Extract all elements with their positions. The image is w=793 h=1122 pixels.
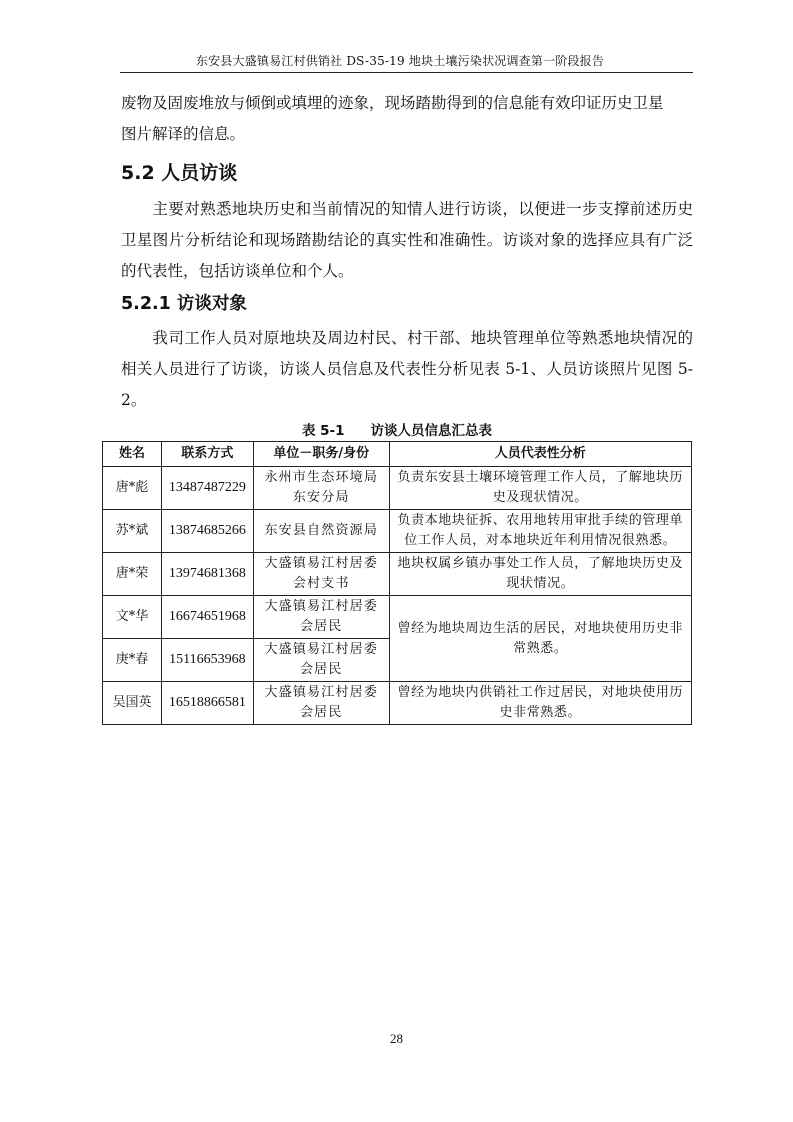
column-header-analysis: 人员代表性分析 xyxy=(389,442,691,467)
cell-unit: 大盛镇易江村居委会居民 xyxy=(253,682,389,725)
cell-unit: 大盛镇易江村居委会居民 xyxy=(253,596,389,639)
table-header-row: 姓名 联系方式 单位－职务/身份 人员代表性分析 xyxy=(103,442,692,467)
cell-unit: 大盛镇易江村居委会村支书 xyxy=(253,553,389,596)
cell-analysis: 负责本地块征拆、农用地转用审批手续的管理单位工作人员，对本地块近年利用情况很熟悉… xyxy=(389,510,691,553)
cell-phone: 15116653968 xyxy=(161,639,253,682)
section-heading-5-2-1: 5.2.1 访谈对象 xyxy=(121,290,247,315)
cell-unit: 大盛镇易江村居委会居民 xyxy=(253,639,389,682)
cell-phone: 13874685266 xyxy=(161,510,253,553)
table-caption-title: 访谈人员信息汇总表 xyxy=(371,423,493,439)
continuation-paragraph: 废物及固废堆放与倾倒或填埋的迹象，现场踏勘得到的信息能有效印证历史卫星 图片解译… xyxy=(121,88,693,150)
column-header-contact: 联系方式 xyxy=(161,442,253,467)
cell-phone: 16518866581 xyxy=(161,682,253,725)
table-caption: 表 5-1访谈人员信息汇总表 xyxy=(102,419,692,439)
cell-phone: 13974681368 xyxy=(161,553,253,596)
cell-name: 文*华 xyxy=(103,596,162,639)
column-header-name: 姓名 xyxy=(103,442,162,467)
cell-analysis: 地块权属乡镇办事处工作人员，了解地块历史及现状情况。 xyxy=(389,553,691,596)
running-header: 东安县大盛镇易江村供销社 DS-35-19 地块土壤污染状况调查第一阶段报告 xyxy=(120,52,680,69)
table-row: 吴国英 16518866581 大盛镇易江村居委会居民 曾经为地块内供销社工作过… xyxy=(103,682,692,725)
interviewee-table: 姓名 联系方式 单位－职务/身份 人员代表性分析 唐*彪 13487487229… xyxy=(102,441,692,725)
cell-unit: 永州市生态环境局东安分局 xyxy=(253,467,389,510)
cell-analysis: 曾经为地块内供销社工作过居民，对地块使用历史非常熟悉。 xyxy=(389,682,691,725)
section-5-2-paragraph: 主要对熟悉地块历史和当前情况的知情人进行访谈，以便进一步支撑前述历史卫星图片分析… xyxy=(121,194,693,287)
cell-name: 苏*斌 xyxy=(103,510,162,553)
cell-analysis-merged: 曾经为地块周边生活的居民，对地块使用历史非常熟悉。 xyxy=(389,596,691,682)
cell-analysis: 负责东安县土壤环境管理工作人员，了解地块历史及现状情况。 xyxy=(389,467,691,510)
table-row: 唐*彪 13487487229 永州市生态环境局东安分局 负责东安县土壤环境管理… xyxy=(103,467,692,510)
cell-name: 庚*春 xyxy=(103,639,162,682)
cell-unit: 东安县自然资源局 xyxy=(253,510,389,553)
cell-phone: 13487487229 xyxy=(161,467,253,510)
section-5-2-1-paragraph: 我司工作人员对原地块及周边村民、村干部、地块管理单位等熟悉地块情况的相关人员进行… xyxy=(121,323,693,416)
continuation-line-2: 图片解译的信息。 xyxy=(121,125,245,143)
table-caption-number: 表 5-1 xyxy=(302,423,345,439)
table-row: 文*华 16674651968 大盛镇易江村居委会居民 曾经为地块周边生活的居民… xyxy=(103,596,692,639)
header-rule xyxy=(120,72,693,73)
cell-name: 唐*荣 xyxy=(103,553,162,596)
section-5-2-text: 主要对熟悉地块历史和当前情况的知情人进行访谈，以便进一步支撑前述历史卫星图片分析… xyxy=(121,200,693,280)
continuation-line-1: 废物及固废堆放与倾倒或填埋的迹象，现场踏勘得到的信息能有效印证历史卫星 xyxy=(121,94,664,112)
cell-phone: 16674651968 xyxy=(161,596,253,639)
section-5-2-1-text: 我司工作人员对原地块及周边村民、村干部、地块管理单位等熟悉地块情况的相关人员进行… xyxy=(121,329,693,409)
table-row: 唐*荣 13974681368 大盛镇易江村居委会村支书 地块权属乡镇办事处工作… xyxy=(103,553,692,596)
page-number: 28 xyxy=(0,1031,793,1047)
section-heading-5-2: 5.2 人员访谈 xyxy=(121,158,237,185)
cell-name: 唐*彪 xyxy=(103,467,162,510)
cell-name: 吴国英 xyxy=(103,682,162,725)
table-row: 苏*斌 13874685266 东安县自然资源局 负责本地块征拆、农用地转用审批… xyxy=(103,510,692,553)
column-header-unit: 单位－职务/身份 xyxy=(253,442,389,467)
